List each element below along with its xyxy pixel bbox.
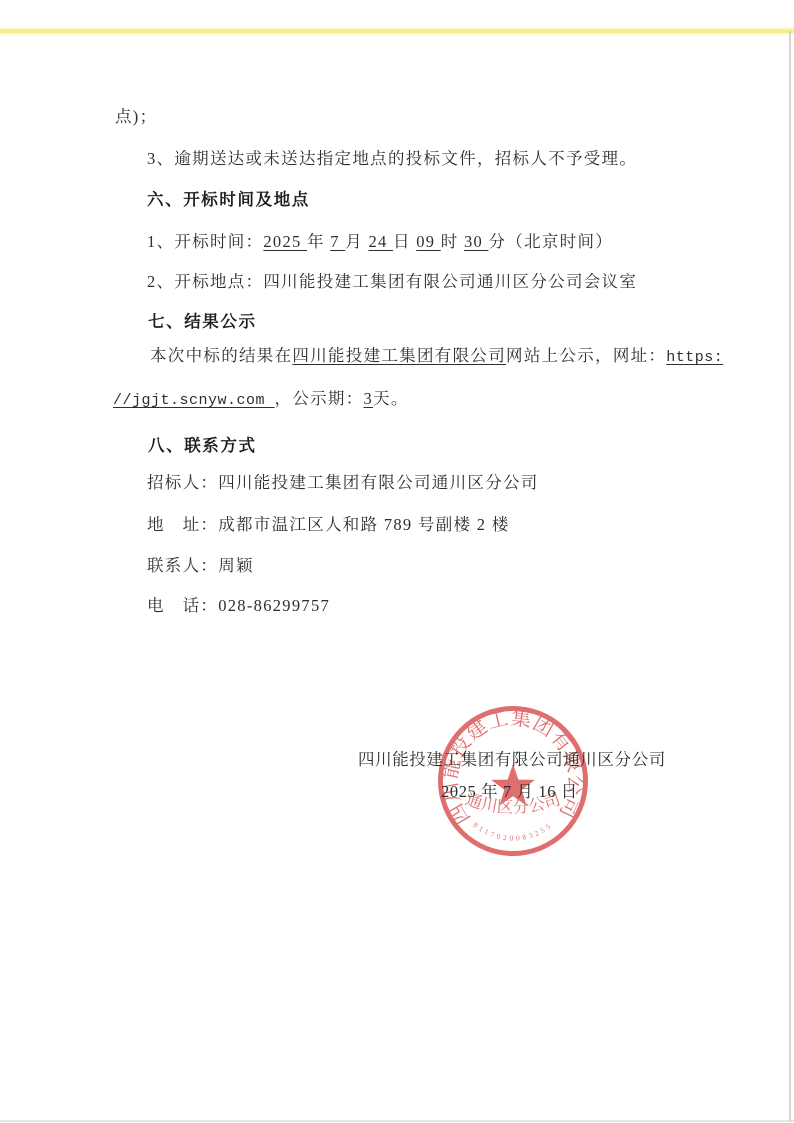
- document-page: 点)； 3、逾期送达或未送达指定地点的投标文件，招标人不予受理。 六、开标时间及…: [0, 0, 794, 1123]
- text-segment: 时: [441, 232, 464, 251]
- open-time-line: 1、开标时间：2025 年 7 月 24 日 09 时 30 分（北京时间）: [147, 232, 613, 253]
- section-8-heading: 八、联系方式: [148, 436, 257, 457]
- text-segment: 本次中标的结果在: [150, 346, 292, 365]
- text-segment: 09: [416, 232, 441, 251]
- text-segment: 网站上公示，网址：: [506, 346, 666, 365]
- text-segment: ，公示期：: [275, 389, 364, 408]
- text-segment: 1、开标时间：: [147, 232, 263, 251]
- carryover-text: 点)；: [115, 107, 157, 128]
- section-7-heading: 七、结果公示: [148, 312, 257, 333]
- address-line: 地 址：成都市温江区人和路 789 号副楼 2 楼: [147, 515, 510, 536]
- result-notice-line-2: //jgjt.scnyw.com ，公示期：3天。: [113, 389, 409, 411]
- text-segment: 2025: [263, 232, 307, 251]
- open-place-line: 2、开标地点：四川能投建工集团有限公司通川区分公司会议室: [147, 272, 637, 293]
- item-3-text: 3、逾期送达或未送达指定地点的投标文件，招标人不予受理。: [147, 149, 637, 170]
- text-segment: 7: [330, 232, 345, 251]
- text-segment: 四川能投建工集团有限公司: [292, 346, 506, 365]
- text-segment: 24: [368, 232, 393, 251]
- page-edge-line-right: [789, 31, 791, 1121]
- text-segment: 月: [345, 232, 368, 251]
- text-segment: 分（北京时间）: [489, 232, 614, 251]
- signature-date: 2025 年 7 月 16 日: [441, 782, 578, 803]
- result-notice-line-1: 本次中标的结果在四川能投建工集团有限公司网站上公示，网址：https:: [150, 346, 723, 368]
- text-segment: 天。: [373, 389, 409, 408]
- company-seal-stamp: 四川能投建工集团有限公司 通川区分公司 8117020083255: [435, 703, 591, 859]
- text-segment: 年: [307, 232, 330, 251]
- contact-person-line: 联系人：周颖: [147, 556, 254, 577]
- bidder-line: 招标人：四川能投建工集团有限公司通川区分公司: [147, 473, 539, 494]
- text-segment: https:: [666, 349, 723, 366]
- phone-line: 电 话：028-86299757: [147, 596, 330, 617]
- text-segment: //jgjt.scnyw.com: [113, 392, 275, 409]
- page-edge-line-bottom: [0, 1120, 794, 1122]
- text-segment: 30: [464, 232, 489, 251]
- text-segment: 3: [364, 389, 374, 408]
- seal-code-text: 8117020083255: [471, 820, 554, 842]
- signature-company: 四川能投建工集团有限公司通川区分公司: [358, 750, 666, 771]
- text-segment: 日: [393, 232, 416, 251]
- yellow-highlighter-line: [0, 29, 794, 33]
- section-6-heading: 六、开标时间及地点: [147, 190, 310, 211]
